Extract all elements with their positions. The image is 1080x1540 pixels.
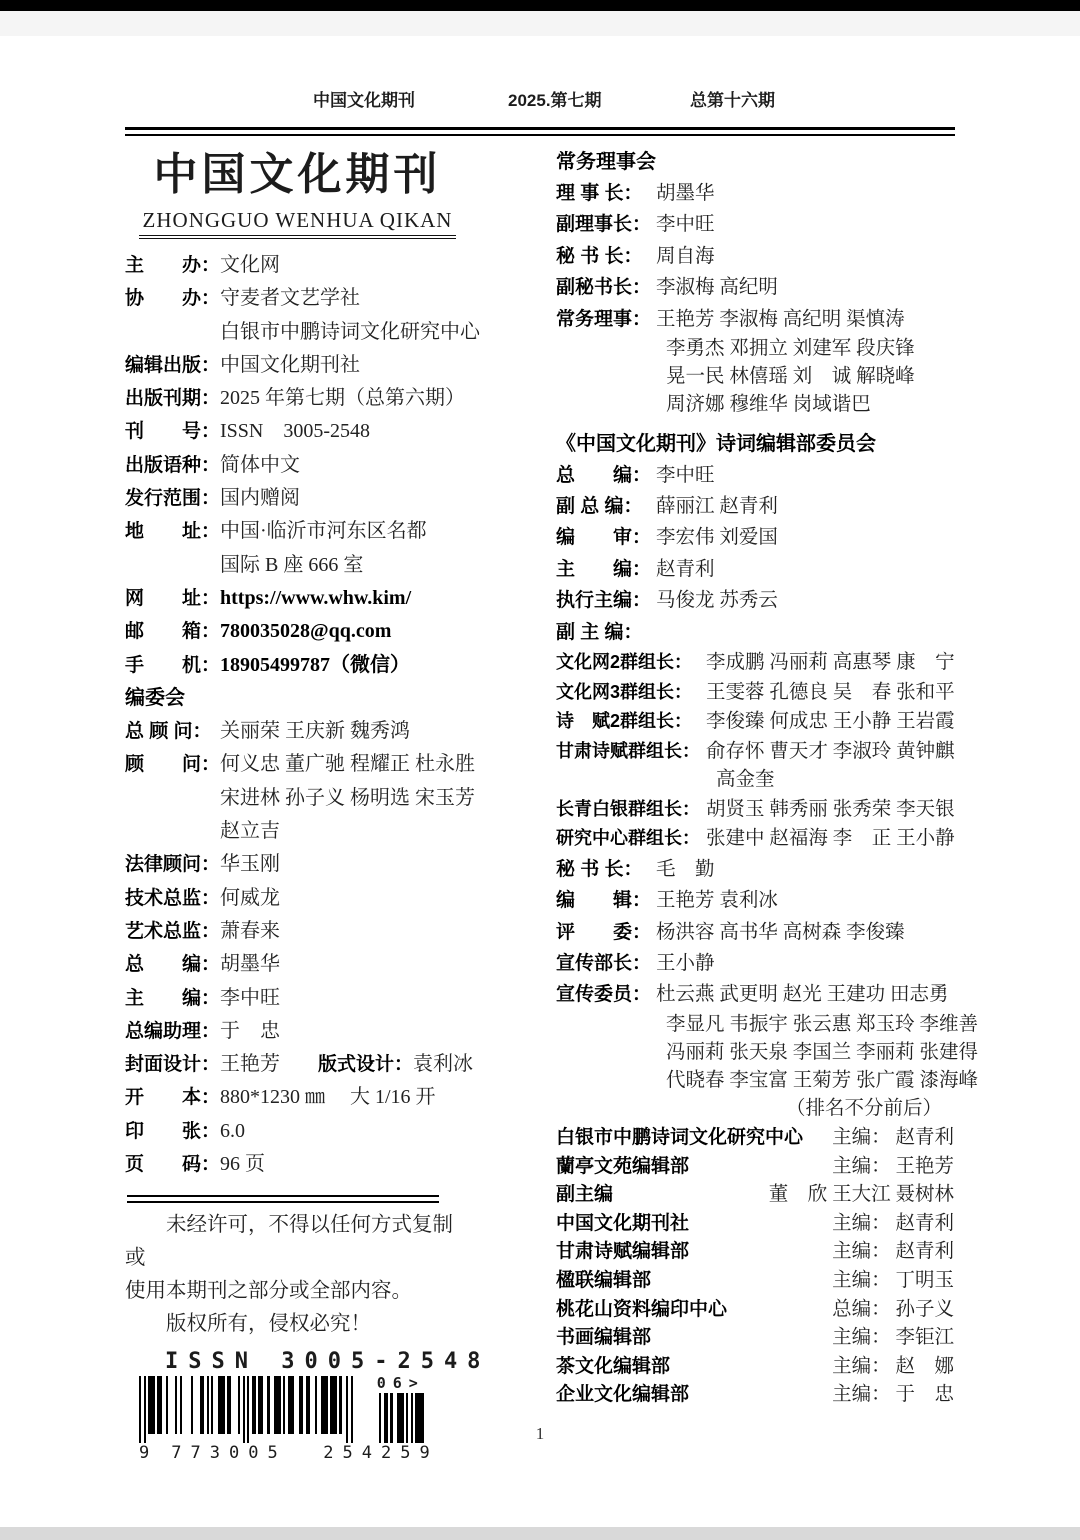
copyright-line: 未经许可，不得以任何方式复制或: [125, 1209, 470, 1275]
info-value: 王小静: [656, 948, 715, 979]
info-value: 96 页: [220, 1148, 265, 1181]
info-row: 网 址：https://www.whw.kim/: [125, 582, 470, 615]
info-row: 协 办：守麦者文艺学社: [125, 282, 470, 315]
barcode-digits: 9 773005 254259: [139, 1443, 457, 1463]
department-editor: 主编： 赵青利: [832, 1210, 954, 1239]
info-row: 甘肃诗赋群组长：俞存怀 曹天才 李淑玲 黄钟麒: [556, 737, 954, 767]
info-label: 开 本：: [125, 1081, 220, 1114]
info-value: 李俊臻 何成忠 王小静 王岩霞: [706, 708, 955, 737]
info-label: 宣传委员：: [556, 979, 656, 1010]
issn-barcode-label: ISSN 3005-2548: [165, 1349, 470, 1374]
info-row: 代晓春 李宝富 王菊芳 张广霞 漆海峰: [556, 1067, 954, 1095]
department-row: 甘肃诗赋编辑部主编： 赵青利: [556, 1238, 954, 1267]
department-editor: 主编： 于 忠: [832, 1381, 954, 1410]
info-value: 2025 年第七期（总第六期）: [220, 382, 465, 415]
info-label: 艺术总监：: [125, 915, 220, 948]
info-row: 出版刊期：2025 年第七期（总第六期）: [125, 382, 470, 415]
department-editor: 主编： 赵青利: [832, 1124, 954, 1153]
info-row: 评 委：杨洪容 高书华 高树森 李俊臻: [556, 917, 954, 948]
info-value: 王雯蓉 孔德良 吴 春 张和平: [706, 679, 955, 708]
department-row: 企业文化编辑部主编： 于 忠: [556, 1381, 954, 1410]
info-label: 文化网3群组长：: [556, 678, 706, 707]
info-value: 俞存怀 曹天才 李淑玲 黄钟麒: [706, 738, 955, 767]
info-value: 国际 B 座 666 室: [220, 549, 363, 582]
info-value: 周济娜 穆维华 岗域谐巴: [656, 391, 871, 419]
info-label: 常务理事：: [556, 304, 656, 335]
info-row: 晃一民 林僖瑶 刘 诚 解晓峰: [556, 363, 954, 391]
info-row: 编辑出版：中国文化期刊社: [125, 349, 470, 382]
section-heading: 编委会: [125, 682, 470, 715]
info-row: 冯丽莉 张天泉 李国兰 李丽莉 张建得: [556, 1039, 954, 1067]
info-row: 页 码：96 页: [125, 1148, 470, 1181]
info-value: 袁利冰: [413, 1048, 473, 1081]
department-name: 蘭亭文苑编辑部: [556, 1153, 689, 1182]
info-value: 赵立吉: [220, 815, 280, 848]
council-list: 理 事 长：胡墨华副理事长：李中旺秘 书 长：周自海副秘书长：李淑梅 高纪明常务…: [556, 178, 954, 420]
info-label: 法律顾问：: [125, 848, 220, 881]
info-row: 主 办：文化网: [125, 249, 470, 282]
scan-edge-top: [0, 0, 1080, 11]
department-name: 中国文化期刊社: [556, 1210, 689, 1239]
info-row: 总 编：李中旺: [556, 460, 954, 491]
info-row: 编 审：李宏伟 刘爱国: [556, 522, 954, 553]
info-row: 宣传委员：杜云燕 武更明 赵光 王建功 田志勇: [556, 979, 954, 1010]
info-row: 开 本：880*1230 ㎜ 大 1/16 开: [125, 1081, 470, 1114]
info-label: 编 审：: [556, 522, 656, 553]
department-row: 桃花山资料编印中心总编： 孙子义: [556, 1296, 954, 1325]
department-editor: 主编： 赵青利: [832, 1238, 954, 1267]
info-row: 封面设计：王艳芳版式设计：袁利冰: [125, 1048, 470, 1081]
info-label: 技术总监：: [125, 882, 220, 915]
copyright-line: 使用本期刊之部分或全部内容。: [125, 1275, 470, 1308]
masthead-right-column: 常务理事会 理 事 长：胡墨华副理事长：李中旺秘 书 长：周自海副秘书长：李淑梅…: [556, 146, 954, 1410]
department-name: 副主编: [556, 1181, 613, 1210]
info-value: 胡贤玉 韩秀丽 张秀荣 李天银: [706, 796, 955, 825]
ranking-note: （排名不分前后）: [556, 1095, 954, 1124]
department-editor: 主编： 王艳芳: [832, 1153, 954, 1182]
info-label: 总 编：: [556, 460, 656, 491]
info-row: 国际 B 座 666 室: [125, 549, 470, 582]
publication-info-list: 主 办：文化网协 办：守麦者文艺学社白银市中鹏诗词文化研究中心编辑出版：中国文化…: [125, 249, 470, 1181]
info-value: 晃一民 林僖瑶 刘 诚 解晓峰: [656, 363, 915, 391]
info-value: 王艳芳 袁利冰: [656, 885, 778, 916]
info-value: 李显凡 韦振宇 张云惠 郑玉玲 李维善: [656, 1011, 978, 1039]
info-label: 发行范围：: [125, 482, 220, 515]
journal-title-pinyin: ZHONGGUO WENHUA QIKAN: [139, 208, 457, 239]
info-row: 总编助理：于 忠: [125, 1015, 470, 1048]
info-row: 诗 赋2群组长：李俊臻 何成忠 王小静 王岩霞: [556, 707, 954, 737]
info-value: 文化网: [220, 249, 280, 282]
info-label: 总 顾 问：: [125, 715, 220, 748]
info-value: 张建中 赵福海 李 正 王小静: [706, 825, 955, 854]
info-label: 刊 号：: [125, 415, 220, 448]
info-row: 副 总 编：薛丽江 赵青利: [556, 491, 954, 522]
journal-masthead-page: 中国文化期刊 2025.第七期 总第十六期 中国文化期刊 ZHONGGUO WE…: [0, 0, 1080, 1540]
info-label: 顾 问：: [125, 748, 220, 781]
info-row: 发行范围：国内赠阅: [125, 482, 470, 515]
info-label: 理 事 长：: [556, 178, 656, 209]
info-value: 关丽荣 王庆新 魏秀鸿: [220, 715, 410, 748]
info-row: 印 张：6.0: [125, 1115, 470, 1148]
info-label: 秘 书 长：: [556, 854, 656, 885]
department-name: 书画编辑部: [556, 1324, 651, 1353]
info-row: 副秘书长：李淑梅 高纪明: [556, 272, 954, 303]
info-value: 中国·临沂市河东区名都: [220, 515, 427, 548]
info-value: 薛丽江 赵青利: [656, 491, 778, 522]
info-row: 秘 书 长：毛 勤: [556, 854, 954, 885]
info-label: 甘肃诗赋群组长：: [556, 737, 706, 766]
info-value: 杨洪容 高书华 高树森 李俊臻: [656, 917, 905, 948]
info-value: 代晓春 李宝富 王菊芳 张广霞 漆海峰: [656, 1067, 978, 1095]
info-value: 白银市中鹏诗词文化研究中心: [220, 316, 480, 349]
info-label: 主 编：: [556, 554, 656, 585]
info-label: 宣传部长：: [556, 948, 656, 979]
committee-heading: 《中国文化期刊》诗词编辑部委员会: [556, 428, 954, 460]
info-value: 李中旺: [656, 209, 715, 240]
info-value: 萧春来: [220, 915, 280, 948]
info-row: 长青白银群组长：胡贤玉 韩秀丽 张秀荣 李天银: [556, 795, 954, 825]
issn-barcode: ISSN 3005-2548 06> 9 773005 254259: [125, 1349, 470, 1463]
department-row: 副主编董 欣 王大江 聂树林: [556, 1181, 954, 1210]
info-row: 周济娜 穆维华 岗域谐巴: [556, 391, 954, 419]
info-label: 主 办：: [125, 249, 220, 282]
info-label: 诗 赋2群组长：: [556, 707, 706, 736]
info-label: 编 辑：: [556, 885, 656, 916]
department-name: 白银市中鹏诗词文化研究中心: [556, 1124, 803, 1153]
info-row: 刊 号：ISSN 3005-2548: [125, 415, 470, 448]
info-row: 主 编：赵青利: [556, 554, 954, 585]
department-row: 蘭亭文苑编辑部主编： 王艳芳: [556, 1153, 954, 1182]
info-row: 文化网3群组长：王雯蓉 孔德良 吴 春 张和平: [556, 678, 954, 708]
info-row: 法律顾问：华玉刚: [125, 848, 470, 881]
info-label: 评 委：: [556, 917, 656, 948]
info-value: 高金奎: [706, 766, 775, 794]
info-row: 常务理事：王艳芳 李淑梅 高纪明 渠慎涛: [556, 304, 954, 335]
department-row: 楹联编辑部主编： 丁明玉: [556, 1267, 954, 1296]
info-label: 编辑出版：: [125, 349, 220, 382]
info-label: 网 址：: [125, 582, 220, 615]
info-value: 何义忠 董广驰 程耀正 杜永胜: [220, 748, 475, 781]
scan-edge-bottom: [0, 1527, 1080, 1540]
info-row: 李勇杰 邓拥立 刘建军 段庆锋: [556, 335, 954, 363]
info-row: 出版语种：简体中文: [125, 449, 470, 482]
info-label: 封面设计：: [125, 1048, 220, 1081]
info-value: 守麦者文艺学社: [220, 282, 360, 315]
info-label: 出版语种：: [125, 449, 220, 482]
info-value: 周自海: [656, 241, 715, 272]
info-label: 出版刊期：: [125, 382, 220, 415]
copyright-notice: 未经许可，不得以任何方式复制或 使用本期刊之部分或全部内容。 版权所有，侵权必究…: [125, 1209, 470, 1341]
info-value: 李中旺: [220, 982, 280, 1015]
info-row: 文化网2群组长：李成鹏 冯丽莉 高惠琴 康 宁: [556, 648, 954, 678]
info-label: 副 主 编：: [556, 617, 656, 648]
info-row: 编 辑：王艳芳 袁利冰: [556, 885, 954, 916]
info-label: 邮 箱：: [125, 615, 220, 648]
journal-title: 中国文化期刊: [125, 144, 470, 206]
info-value: 宋进林 孙子义 杨明选 宋玉芳: [220, 782, 475, 815]
info-value: 780035028@qq.com: [220, 615, 391, 648]
info-row: 主 编：李中旺: [125, 982, 470, 1015]
info-label: 协 办：: [125, 282, 220, 315]
department-name: 楹联编辑部: [556, 1267, 651, 1296]
department-row: 白银市中鹏诗词文化研究中心主编： 赵青利: [556, 1124, 954, 1153]
info-row: 总 顾 问：关丽荣 王庆新 魏秀鸿: [125, 715, 470, 748]
info-value: 何威龙: [220, 882, 280, 915]
info-label: 研究中心群组长：: [556, 824, 706, 853]
info-row: 宋进林 孙子义 杨明选 宋玉芳: [125, 782, 470, 815]
info-row: 赵立吉: [125, 815, 470, 848]
info-value: 杜云燕 武更明 赵光 王建功 田志勇: [656, 979, 949, 1010]
info-value: 王艳芳 李淑梅 高纪明 渠慎涛: [656, 304, 905, 335]
info-label: 版式设计：: [318, 1048, 413, 1081]
running-head-issue: 2025.第七期: [508, 86, 602, 111]
info-label: 手 机：: [125, 649, 220, 682]
department-name: 茶文化编辑部: [556, 1353, 670, 1382]
department-list: 白银市中鹏诗词文化研究中心主编： 赵青利蘭亭文苑编辑部主编： 王艳芳副主编董 欣…: [556, 1124, 954, 1410]
info-label: 长青白银群组长：: [556, 795, 706, 824]
info-value: 李淑梅 高纪明: [656, 272, 778, 303]
info-value: 马俊龙 苏秀云: [656, 585, 778, 616]
info-row: 理 事 长：胡墨华: [556, 178, 954, 209]
info-row: 高金奎: [556, 766, 954, 794]
department-name: 甘肃诗赋编辑部: [556, 1238, 689, 1267]
info-label: 执行主编：: [556, 585, 656, 616]
info-value: 李宏伟 刘爱国: [656, 522, 778, 553]
department-editor: 董 欣 王大江 聂树林: [769, 1181, 954, 1210]
info-label: 印 张：: [125, 1115, 220, 1148]
info-value: 6.0: [220, 1115, 245, 1148]
info-label: 副理事长：: [556, 209, 656, 240]
info-value: 冯丽莉 张天泉 李国兰 李丽莉 张建得: [656, 1039, 978, 1067]
info-value: 中国文化期刊社: [220, 349, 360, 382]
info-value: 毛 勤: [656, 854, 715, 885]
info-value: 18905499787（微信）: [220, 649, 410, 682]
info-row: 执行主编：马俊龙 苏秀云: [556, 585, 954, 616]
info-value: 胡墨华: [220, 948, 280, 981]
info-row: 手 机：18905499787（微信）: [125, 649, 470, 682]
department-name: 企业文化编辑部: [556, 1381, 689, 1410]
info-value: 简体中文: [220, 449, 300, 482]
info-row: 研究中心群组长：张建中 赵福海 李 正 王小静: [556, 824, 954, 854]
info-value: ISSN 3005-2548: [220, 415, 370, 448]
copyright-line: 版权所有，侵权必究！: [125, 1308, 470, 1341]
info-row: 副理事长：李中旺: [556, 209, 954, 240]
info-value: 于 忠: [220, 1015, 280, 1048]
council-heading: 常务理事会: [556, 146, 954, 178]
department-row: 中国文化期刊社主编： 赵青利: [556, 1210, 954, 1239]
info-value: 华玉刚: [220, 848, 280, 881]
department-editor: 主编： 丁明玉: [832, 1267, 954, 1296]
info-row: 邮 箱：780035028@qq.com: [125, 615, 470, 648]
info-label: 副秘书长：: [556, 272, 656, 303]
running-head-total-issue: 总第十六期: [690, 86, 775, 111]
running-head-journal: 中国文化期刊: [313, 86, 415, 111]
info-row: 白银市中鹏诗词文化研究中心: [125, 316, 470, 349]
info-value: 胡墨华: [656, 178, 715, 209]
info-value: 880*1230 ㎜ 大 1/16 开: [220, 1081, 436, 1114]
info-label: 地 址：: [125, 515, 220, 548]
info-row: 技术总监：何威龙: [125, 882, 470, 915]
department-editor: 主编： 李钜江: [832, 1324, 954, 1353]
info-label: 主 编：: [125, 982, 220, 1015]
department-row: 书画编辑部主编： 李钜江: [556, 1324, 954, 1353]
info-value: 国内赠阅: [220, 482, 300, 515]
info-row: 总 编：胡墨华: [125, 948, 470, 981]
info-value: 赵青利: [656, 554, 715, 585]
page-number: 1: [0, 1424, 1080, 1444]
info-value: 李勇杰 邓拥立 刘建军 段庆锋: [656, 335, 915, 363]
copyright-double-rule: [127, 1195, 439, 1203]
info-row: 顾 问：何义忠 董广驰 程耀正 杜永胜: [125, 748, 470, 781]
info-label: 页 码：: [125, 1148, 220, 1181]
info-row: 地 址：中国·临沂市河东区名都: [125, 515, 470, 548]
info-row: 艺术总监：萧春来: [125, 915, 470, 948]
info-label: 总编助理：: [125, 1015, 220, 1048]
info-value: https://www.whw.kim/: [220, 582, 411, 615]
info-label: 文化网2群组长：: [556, 648, 706, 677]
info-label: 副 总 编：: [556, 491, 656, 522]
department-row: 茶文化编辑部主编： 赵 娜: [556, 1353, 954, 1382]
info-value: 李成鹏 冯丽莉 高惠琴 康 宁: [706, 649, 955, 678]
barcode-addon-label: 06>: [377, 1376, 425, 1391]
scan-edge-top-shade: [0, 11, 1080, 36]
committee-list: 总 编：李中旺副 总 编：薛丽江 赵青利编 审：李宏伟 刘爱国主 编：赵青利执行…: [556, 460, 954, 1096]
department-editor: 主编： 赵 娜: [832, 1353, 954, 1382]
info-row: 秘 书 长：周自海: [556, 241, 954, 272]
info-label: 总 编：: [125, 948, 220, 981]
info-row: 李显凡 韦振宇 张云惠 郑玉玲 李维善: [556, 1011, 954, 1039]
masthead-left-column: 中国文化期刊 ZHONGGUO WENHUA QIKAN 主 办：文化网协 办：…: [125, 142, 470, 1463]
header-double-rule: [125, 127, 955, 136]
info-value: 王艳芳: [220, 1048, 280, 1081]
info-row: 副 主 编：: [556, 617, 954, 648]
info-label: 秘 书 长：: [556, 241, 656, 272]
department-editor: 总编： 孙子义: [832, 1296, 954, 1325]
info-row: 宣传部长：王小静: [556, 948, 954, 979]
department-name: 桃花山资料编印中心: [556, 1296, 727, 1325]
info-value: 李中旺: [656, 460, 715, 491]
